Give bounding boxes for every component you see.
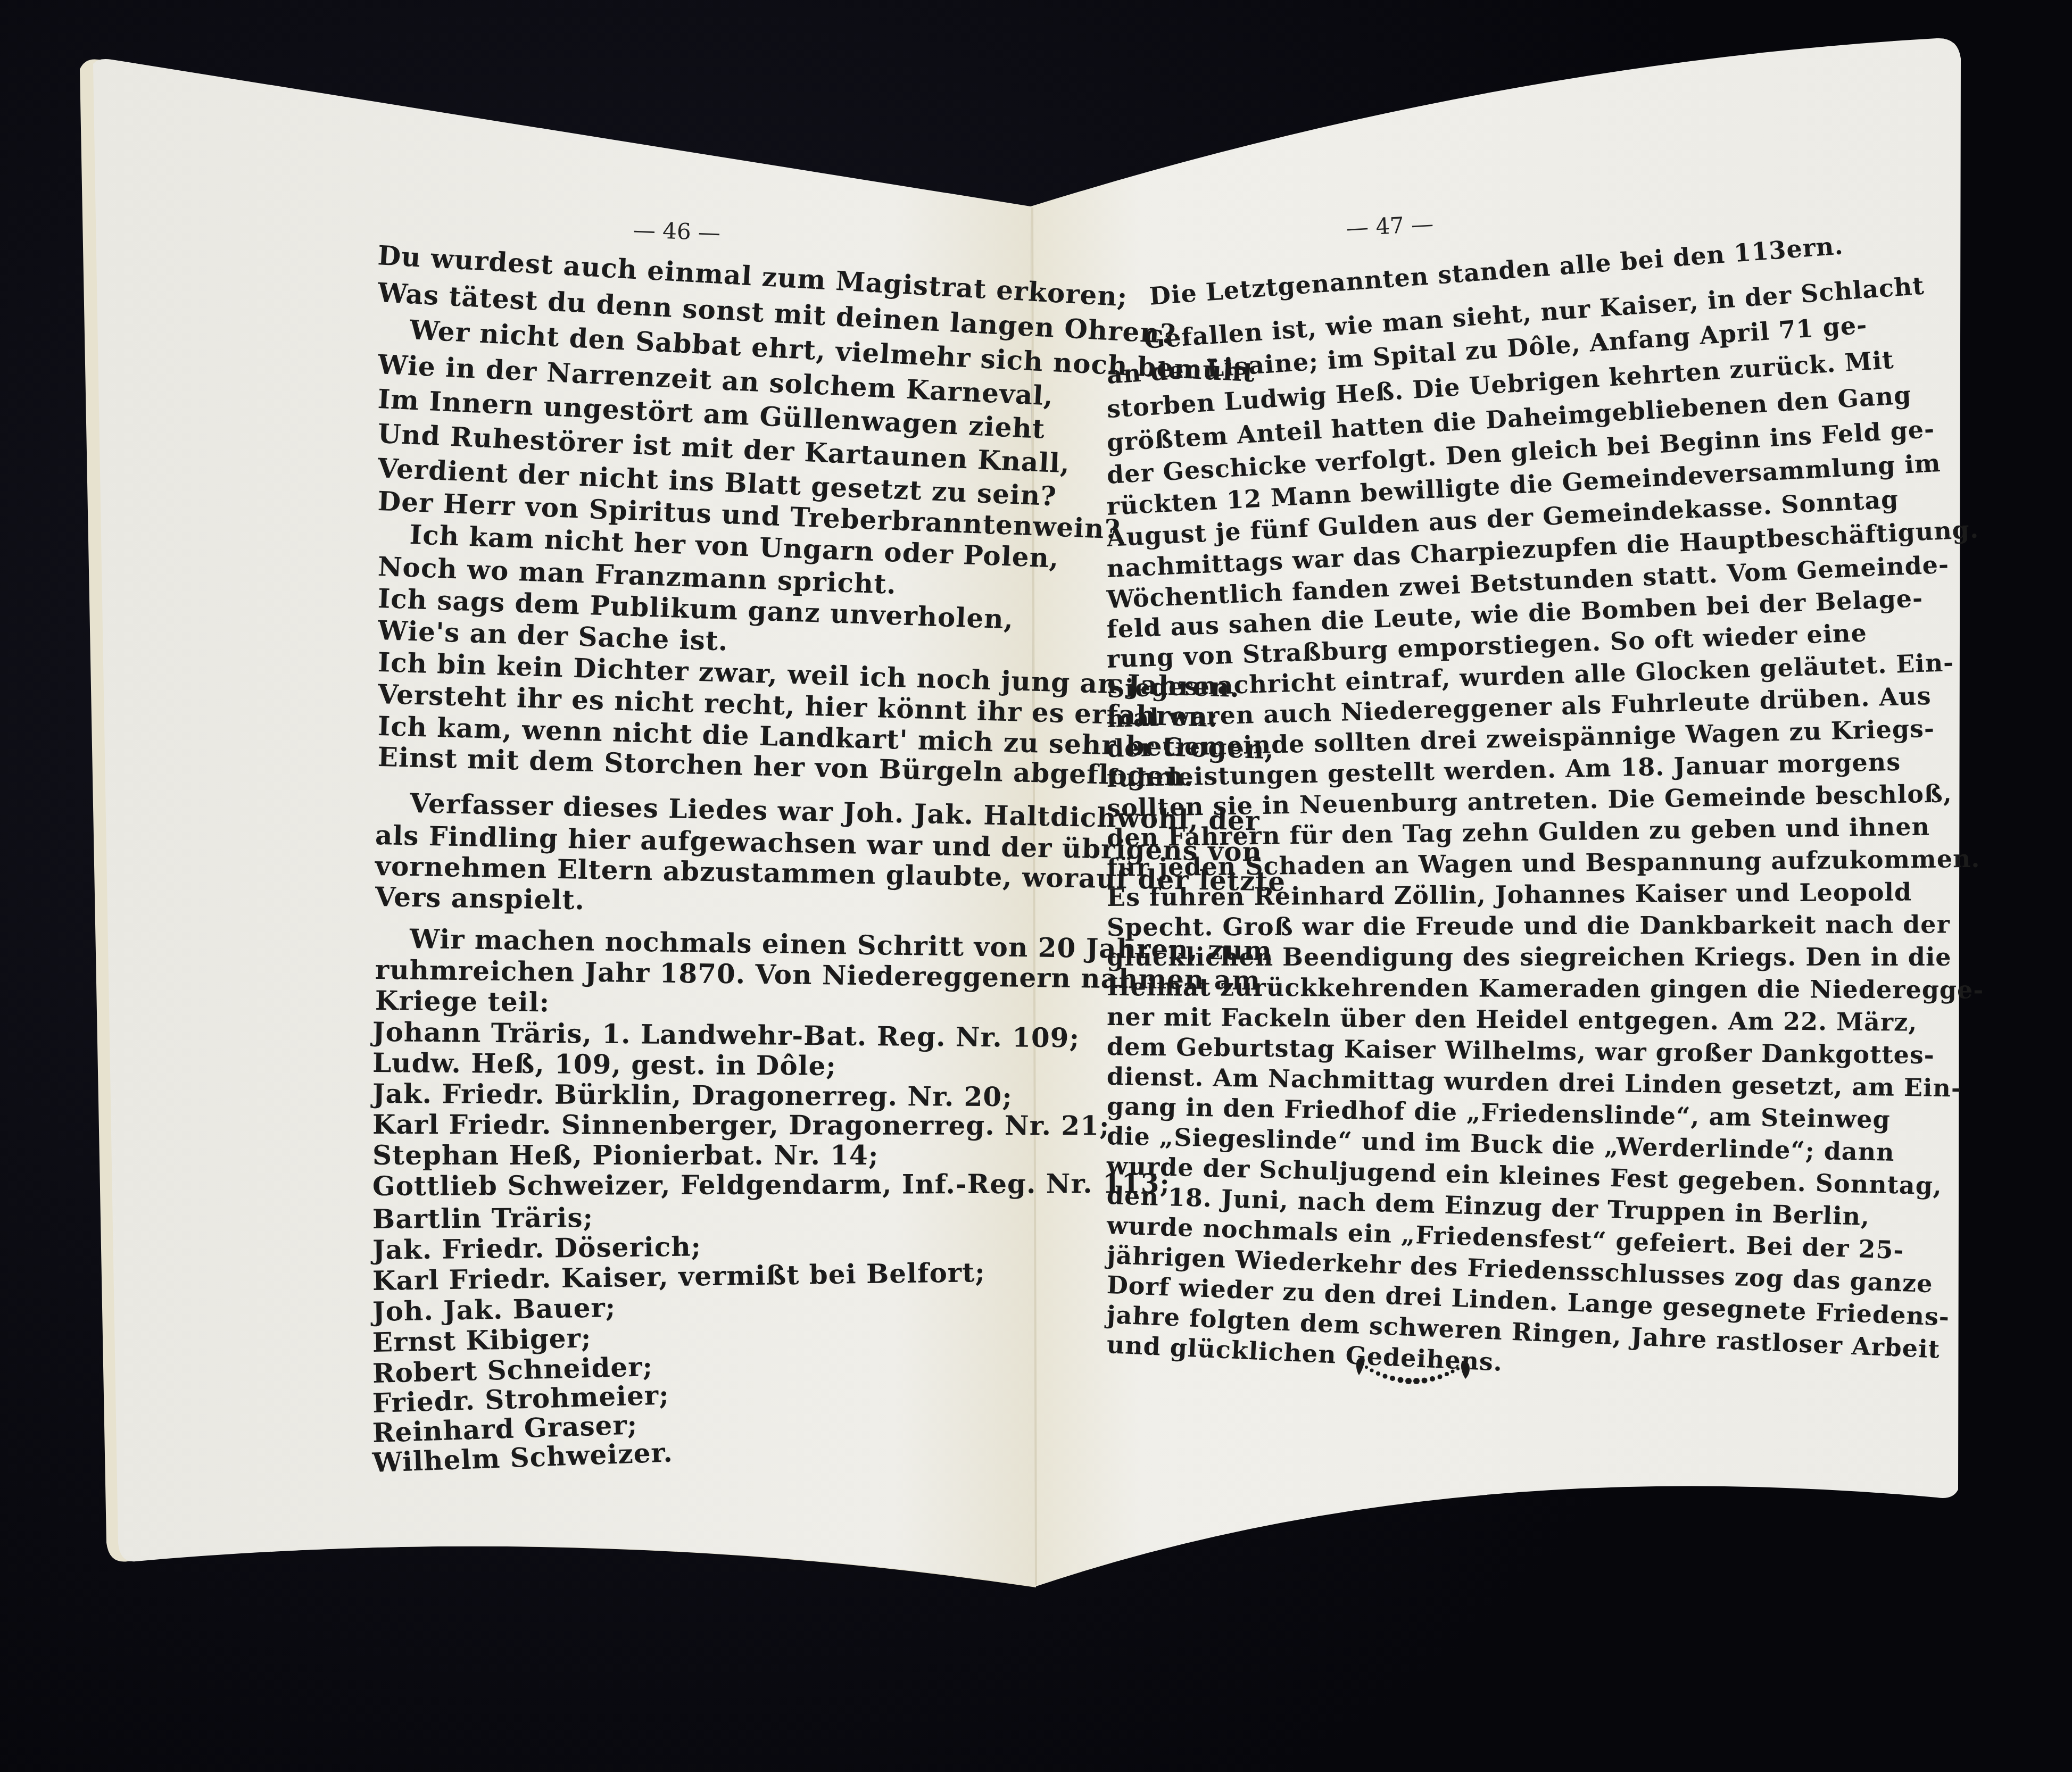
roll-entry: Stephan Heß, Pionierbat. Nr. 14;	[372, 1139, 878, 1171]
photo-open-book: — 46 — Du wurdest auch einmal zum Magist…	[0, 0, 2072, 1772]
roll-entry: Bartlin Träris;	[372, 1202, 594, 1235]
text-line: Vers anspielt.	[375, 881, 585, 916]
page-number-left: — 46 —	[633, 217, 721, 246]
text-line: glücklichen Beendigung des siegreichen K…	[1107, 943, 1952, 971]
text-line: Kriege teil:	[375, 985, 550, 1018]
roll-entry: Ludw. Heß, 109, gest. in Dôle;	[372, 1047, 836, 1081]
roll-entry: Gottlieb Schweizer, Feldgendarm, Inf.-Re…	[372, 1168, 1170, 1202]
text-line: Heimat zurückkehrenden Kameraden gingen …	[1107, 972, 1984, 1004]
roll-entry: Jak. Friedr. Döserich;	[372, 1231, 702, 1266]
roll-entry: Karl Friedr. Sinnenberger, Dragonerreg. …	[372, 1109, 1110, 1141]
text-line: Specht. Groß war die Freude und die Dank…	[1107, 910, 1950, 942]
text-line: ner mit Fackeln über den Heidel entgegen…	[1107, 1002, 1918, 1037]
text-line: Es fuhren Reinhard Zöllin, Johannes Kais…	[1107, 877, 1912, 912]
page-number-right: — 47 —	[1346, 211, 1434, 242]
roll-entry: Jak. Friedr. Bürklin, Dragonerreg. Nr. 2…	[372, 1078, 1013, 1112]
dotted-garland-ornament-icon	[1352, 1351, 1474, 1399]
